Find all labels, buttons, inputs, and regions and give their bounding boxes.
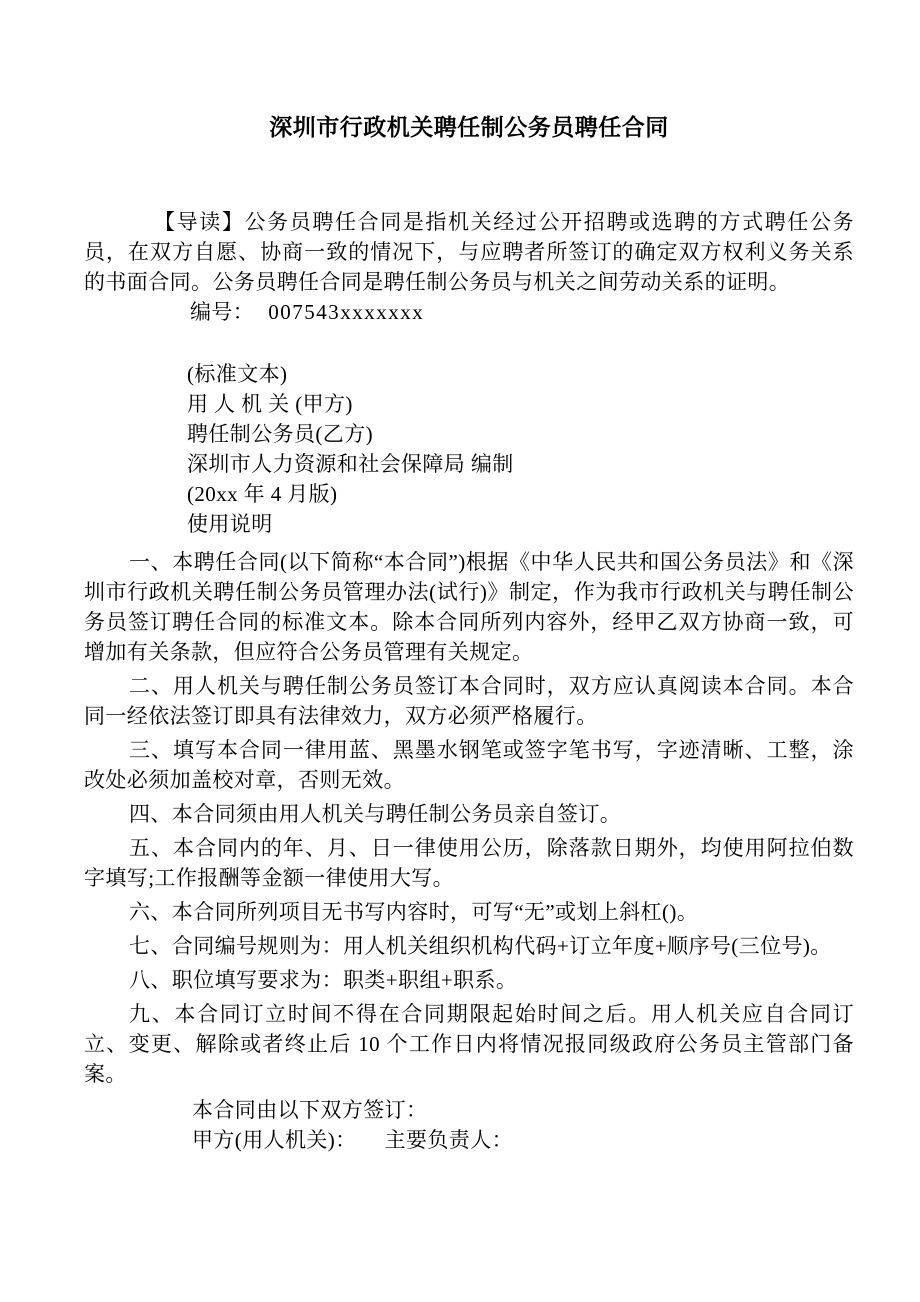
party-a-line: 甲方(用人机关)：主要负责人： xyxy=(84,1125,854,1155)
serial-number-label: 编号： xyxy=(190,300,254,324)
serial-number-value: 007543xxxxxxx xyxy=(268,300,424,324)
meta-line-version: (20xx 年 4 月版) xyxy=(84,479,854,509)
party-a-label: 甲方(用人机关)： xyxy=(192,1128,357,1152)
serial-number-line: 编号：007543xxxxxxx xyxy=(84,297,854,327)
instruction-paragraph-7: 七、合同编号规则为：用人机关组织机构代码+订立年度+顺序号(三位号)。 xyxy=(84,931,854,961)
document-title: 深圳市行政机关聘任制公务员聘任合同 xyxy=(84,112,854,144)
instruction-paragraph-5: 五、本合同内的年、月、日一律使用公历，除落款日期外，均使用阿拉伯数字填写;工作报… xyxy=(84,833,854,893)
document-page: 深圳市行政机关聘任制公务员聘任合同 【导读】公务员聘任合同是指机关经过公开招聘或… xyxy=(0,0,920,1302)
intro-paragraph: 【导读】公务员聘任合同是指机关经过公开招聘或选聘的方式聘任公务员，在双方自愿、协… xyxy=(84,207,854,297)
instruction-paragraph-8: 八、职位填写要求为：职类+职组+职系。 xyxy=(84,965,854,995)
instruction-paragraph-3: 三、填写本合同一律用蓝、黑墨水钢笔或签字笔书写，字迹清晰、工整，涂改处必须加盖校… xyxy=(84,735,854,795)
closing-line: 本合同由以下双方签订： xyxy=(84,1095,854,1125)
meta-line-party-a: 用 人 机 关 (甲方) xyxy=(84,389,854,419)
meta-line-issuer: 深圳市人力资源和社会保障局 编制 xyxy=(84,449,854,479)
instruction-paragraph-4: 四、本合同须由用人机关与聘任制公务员亲自签订。 xyxy=(84,799,854,829)
principal-label: 主要负责人： xyxy=(385,1128,513,1152)
instruction-paragraph-6: 六、本合同所列项目无书写内容时，可写“无”或划上斜杠()。 xyxy=(84,897,854,927)
meta-line-usage-heading: 使用说明 xyxy=(84,509,854,539)
instruction-paragraph-2: 二、用人机关与聘任制公务员签订本合同时，双方应认真阅读本合同。本合同一经依法签订… xyxy=(84,671,854,731)
instruction-paragraph-1: 一、本聘任合同(以下简称“本合同”)根据《中华人民共和国公务员法》和《深圳市行政… xyxy=(84,547,854,667)
document-meta-block: (标准文本) 用 人 机 关 (甲方) 聘任制公务员(乙方) 深圳市人力资源和社… xyxy=(84,359,854,539)
meta-line-party-b: 聘任制公务员(乙方) xyxy=(84,419,854,449)
instruction-paragraph-9: 九、本合同订立时间不得在合同期限起始时间之后。用人机关应自合同订立、变更、解除或… xyxy=(84,999,854,1089)
meta-line-standard-text: (标准文本) xyxy=(84,359,854,389)
document-content: 深圳市行政机关聘任制公务员聘任合同 【导读】公务员聘任合同是指机关经过公开招聘或… xyxy=(84,0,854,1155)
